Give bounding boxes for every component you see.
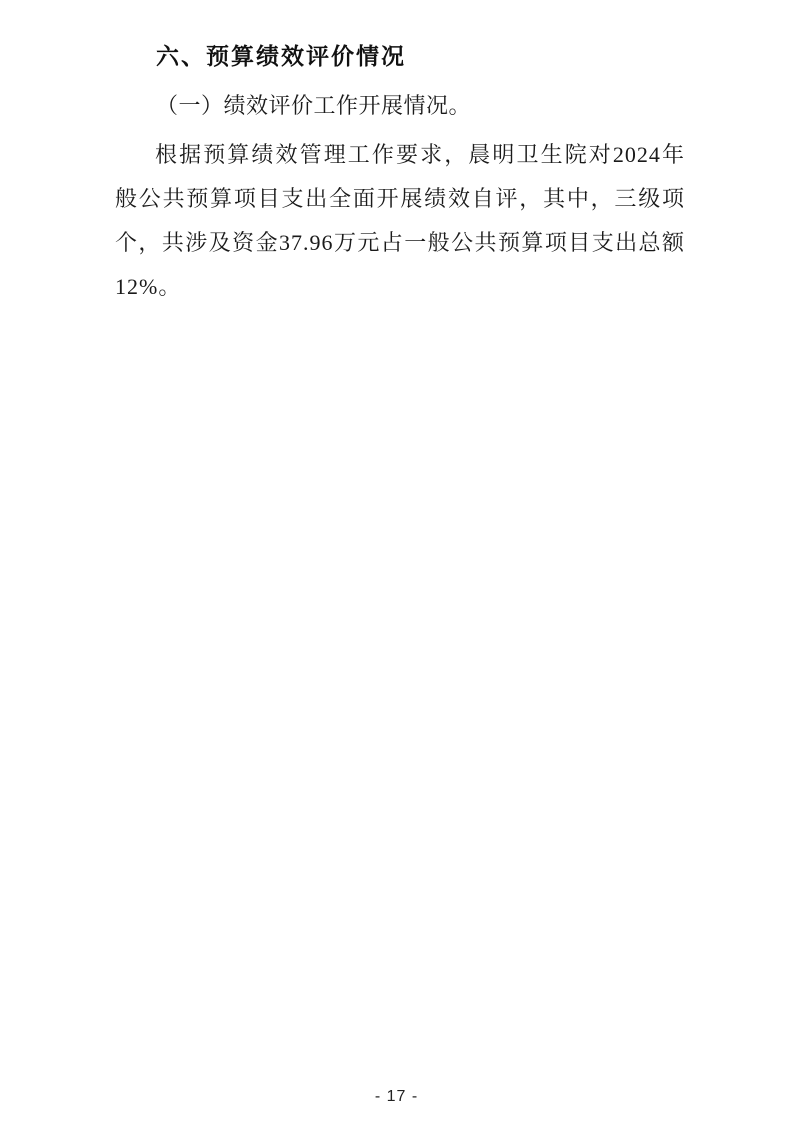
document-page: 六、预算绩效评价情况 （一）绩效评价工作开展情况。 根据预算绩效管理工作要求，晨… bbox=[0, 0, 793, 1122]
paragraph-line-1: 根据预算绩效管理工作要求，晨明卫生院对2024年度一 bbox=[115, 133, 685, 177]
paragraph-line-2: 般公共预算项目支出全面开展绩效自评，其中，三级项目3 bbox=[115, 177, 685, 221]
document-content: 六、预算绩效评价情况 （一）绩效评价工作开展情况。 根据预算绩效管理工作要求，晨… bbox=[115, 40, 685, 309]
page-number: - 17 - bbox=[0, 1087, 793, 1107]
subsection-heading: （一）绩效评价工作开展情况。 bbox=[156, 90, 685, 122]
paragraph-line-3: 个，共涉及资金37.96万元占一般公共预算项目支出总额的 bbox=[115, 221, 685, 265]
section-heading: 六、预算绩效评价情况 bbox=[156, 40, 685, 72]
paragraph-line-4: 12%。 bbox=[115, 265, 685, 309]
body-paragraph: 根据预算绩效管理工作要求，晨明卫生院对2024年度一 般公共预算项目支出全面开展… bbox=[115, 133, 685, 309]
